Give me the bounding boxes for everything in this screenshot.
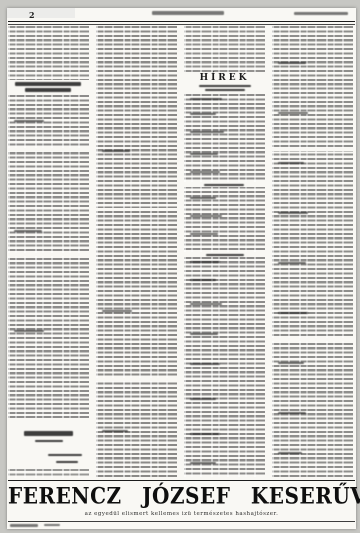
footer-note-blur xyxy=(44,524,60,526)
bold-lead-mark xyxy=(278,62,306,64)
newspaper-page: 2 HÍREK FERENCZ JÓZSEF KESERŰVIZ az egye… xyxy=(7,8,356,529)
heading-text-blur xyxy=(204,184,244,187)
bold-lead-mark xyxy=(278,212,308,214)
footer-note-blur xyxy=(10,524,38,527)
paragraph-gap xyxy=(8,253,89,256)
ad-title: FERENCZ JÓZSEF KESERŰVIZ xyxy=(8,482,355,509)
paragraph-gap xyxy=(272,148,353,151)
heading-text-blur xyxy=(206,254,244,257)
bold-lead-mark xyxy=(278,112,308,114)
ad-tagline: az egyedül elismert kellemes izü termész… xyxy=(8,511,355,517)
bold-lead-mark xyxy=(102,310,132,312)
bold-lead-mark xyxy=(190,279,216,281)
bold-lead-mark xyxy=(190,98,222,100)
bold-lead-mark xyxy=(278,162,304,164)
heading-text-blur xyxy=(25,88,71,92)
bold-lead-mark xyxy=(278,412,306,414)
body-text-column-blur xyxy=(184,94,265,477)
bold-lead-mark xyxy=(190,131,224,133)
bold-lead-mark xyxy=(278,262,306,264)
news-section-heading: HÍREK xyxy=(184,73,265,83)
bold-lead-mark xyxy=(278,312,308,314)
issue-date-blur xyxy=(294,12,348,16)
heading-text-blur xyxy=(24,431,73,436)
heading-text-blur xyxy=(48,454,82,456)
bold-lead-mark xyxy=(190,363,220,365)
bold-lead-mark xyxy=(278,452,302,454)
scan-edge xyxy=(7,8,75,18)
bold-lead-mark xyxy=(190,462,216,464)
bold-lead-mark xyxy=(190,261,220,263)
bold-lead-mark xyxy=(14,120,44,122)
paragraph-gap xyxy=(8,148,89,151)
body-text-column-blur xyxy=(184,26,265,72)
paragraph-gap xyxy=(96,208,177,211)
heading-text-blur xyxy=(56,461,78,463)
bold-lead-mark xyxy=(190,113,216,115)
heading-text-blur xyxy=(199,85,251,87)
bold-lead-mark xyxy=(190,215,222,217)
header-rule-thin xyxy=(8,24,355,25)
body-text-column-blur xyxy=(8,26,89,80)
body-text-column-blur xyxy=(96,26,177,477)
ad-bottom-rule xyxy=(8,521,355,522)
bold-lead-mark xyxy=(190,233,218,235)
bold-lead-mark xyxy=(190,398,216,400)
ad-top-rule xyxy=(8,480,355,481)
bold-lead-mark xyxy=(190,433,220,435)
header-rule-thick xyxy=(8,21,355,22)
bold-lead-mark xyxy=(190,153,218,155)
bold-lead-mark xyxy=(102,150,130,152)
body-text-column-blur xyxy=(272,26,353,477)
paragraph-gap xyxy=(272,338,353,341)
body-text-column-blur xyxy=(8,469,89,478)
bold-lead-mark xyxy=(190,303,222,305)
bold-lead-mark xyxy=(190,171,220,173)
bold-lead-mark xyxy=(190,333,218,335)
bold-lead-mark xyxy=(278,362,304,364)
body-text-column-blur xyxy=(8,95,89,418)
bold-lead-mark xyxy=(14,330,44,332)
bold-lead-mark xyxy=(190,197,216,199)
paragraph-gap xyxy=(96,378,177,381)
heading-text-blur xyxy=(205,89,245,91)
bold-lead-mark xyxy=(102,430,128,432)
heading-text-blur xyxy=(35,440,63,442)
page-number: 2 xyxy=(29,10,35,20)
bold-lead-mark xyxy=(14,230,42,232)
masthead-title-blur xyxy=(152,11,224,15)
heading-text-blur xyxy=(15,82,81,86)
